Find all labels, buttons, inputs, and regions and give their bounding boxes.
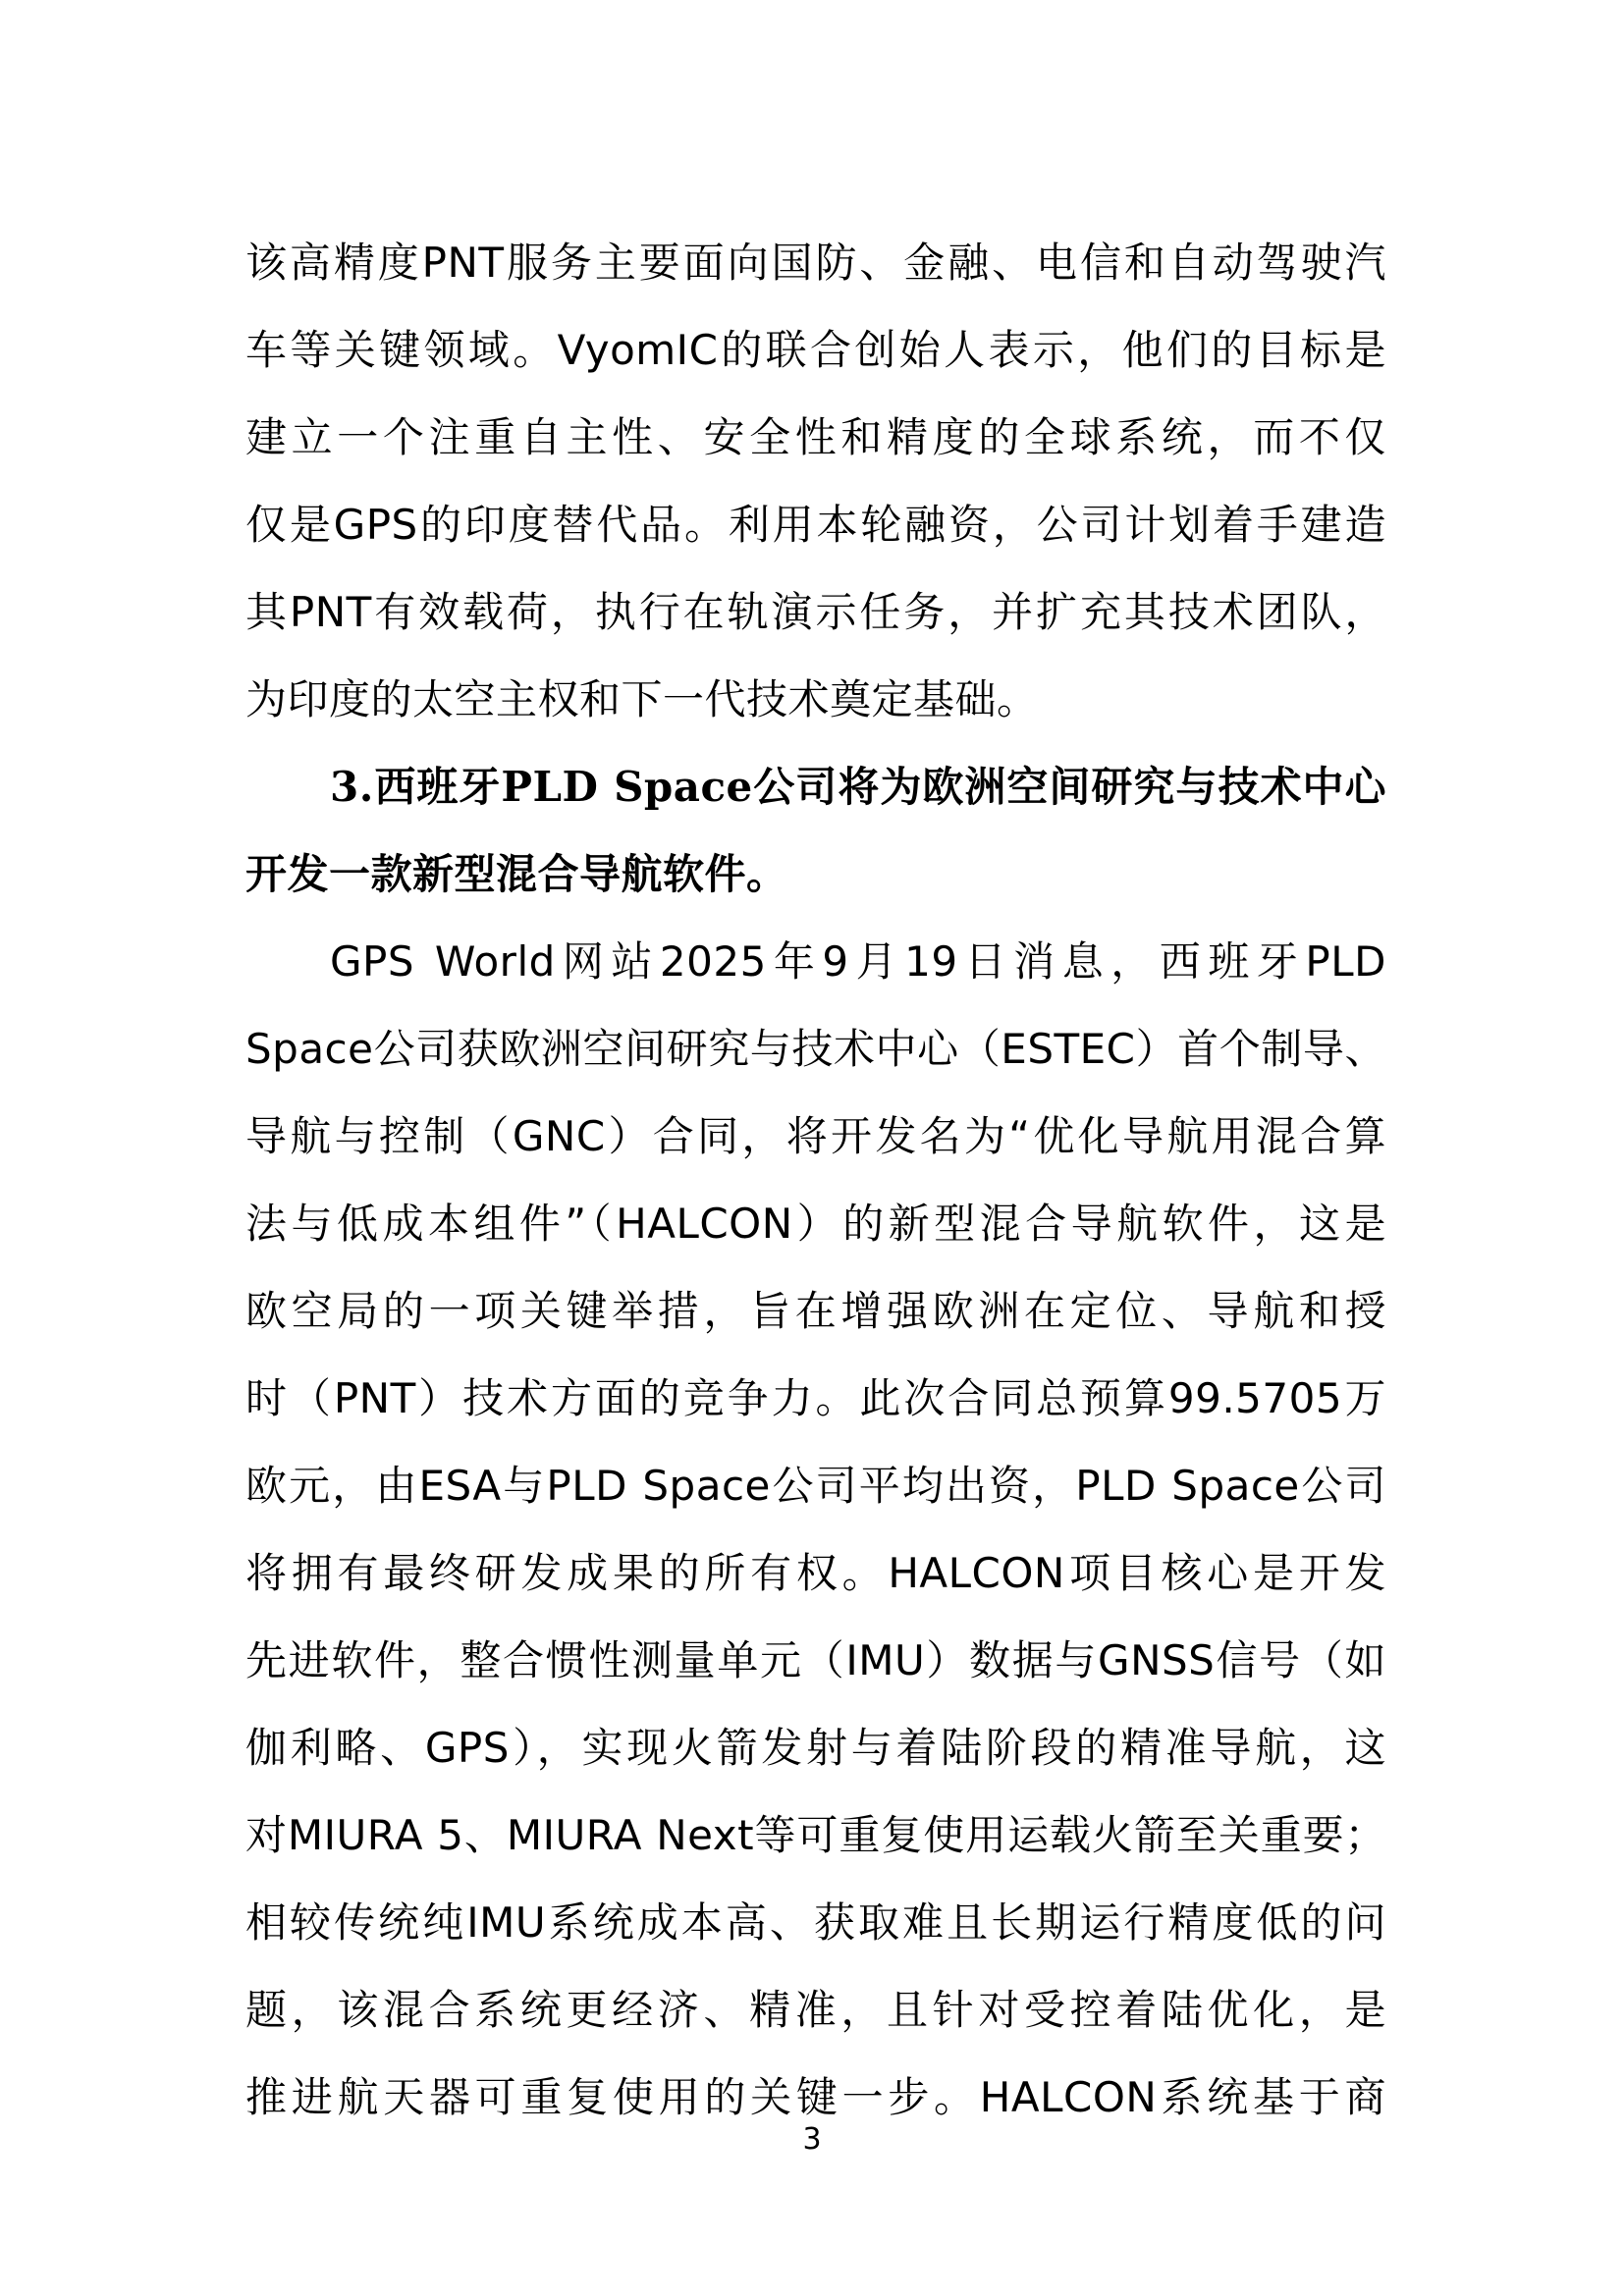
paragraph-line: 对MIURA 5、MIURA Next等可重复使用运载火箭至关重要； xyxy=(245,1806,1386,1865)
document-page: 该高精度PNT服务主要面向国防、金融、电信和自动驾驶汽 车等关键领域。VyomI… xyxy=(0,0,1624,2296)
paragraph-line: 相较传统纯IMU系统成本高、获取难且长期运行精度低的问 xyxy=(245,1894,1386,1952)
paragraph-line: 为印度的太空主权和下一代技术奠定基础。 xyxy=(245,670,1386,729)
paragraph-line: 该高精度PNT服务主要面向国防、金融、电信和自动驾驶汽 xyxy=(245,234,1386,293)
page-number: 3 xyxy=(0,2120,1624,2160)
paragraph-line: 仅是GPS的印度替代品。利用本轮融资，公司计划着手建造 xyxy=(245,496,1386,555)
paragraph-line: 建立一个注重自主性、安全性和精度的全球系统，而不仅 xyxy=(245,408,1386,467)
section-heading-line-2: 开发一款新型混合导航软件。 xyxy=(245,845,1386,904)
paragraph-line: 法与低成本组件”（HALCON）的新型混合导航软件，这是 xyxy=(245,1195,1386,1254)
paragraph-line: 欧空局的一项关键举措，旨在增强欧洲在定位、导航和授 xyxy=(245,1282,1386,1341)
paragraph-line: 伽利略、GPS），实现火箭发射与着陆阶段的精准导航，这 xyxy=(245,1719,1386,1778)
paragraph-line: 其PNT有效载荷，执行在轨演示任务，并扩充其技术团队， xyxy=(245,583,1386,642)
paragraph-line: Space公司获欧洲空间研究与技术中心（ESTEC）首个制导、 xyxy=(245,1020,1386,1079)
paragraph-line: 推进航天器可重复使用的关键一步。HALCON系统基于商 xyxy=(245,2068,1386,2127)
paragraph-line: 将拥有最终研发成果的所有权。HALCON项目核心是开发 xyxy=(245,1544,1386,1603)
paragraph-line: 时（PNT）技术方面的竞争力。此次合同总预算99.5705万 xyxy=(245,1369,1386,1428)
paragraph-line: GPS World网站2025年9月19日消息，西班牙PLD xyxy=(330,933,1386,991)
paragraph-line: 导航与控制（GNC）合同，将开发名为“优化导航用混合算 xyxy=(245,1107,1386,1166)
paragraph-line: 车等关键领域。VyomIC的联合创始人表示，他们的目标是 xyxy=(245,321,1386,380)
paragraph-line: 题，该混合系统更经济、精准，且针对受控着陆优化，是 xyxy=(245,1981,1386,2040)
paragraph-line: 先进软件，整合惯性测量单元（IMU）数据与GNSS信号（如 xyxy=(245,1631,1386,1690)
paragraph-line: 欧元，由ESA与PLD Space公司平均出资，PLD Space公司 xyxy=(245,1457,1386,1516)
section-heading-line-1: 3.西班牙PLD Space公司将为欧洲空间研究与技术中心 xyxy=(330,758,1386,817)
